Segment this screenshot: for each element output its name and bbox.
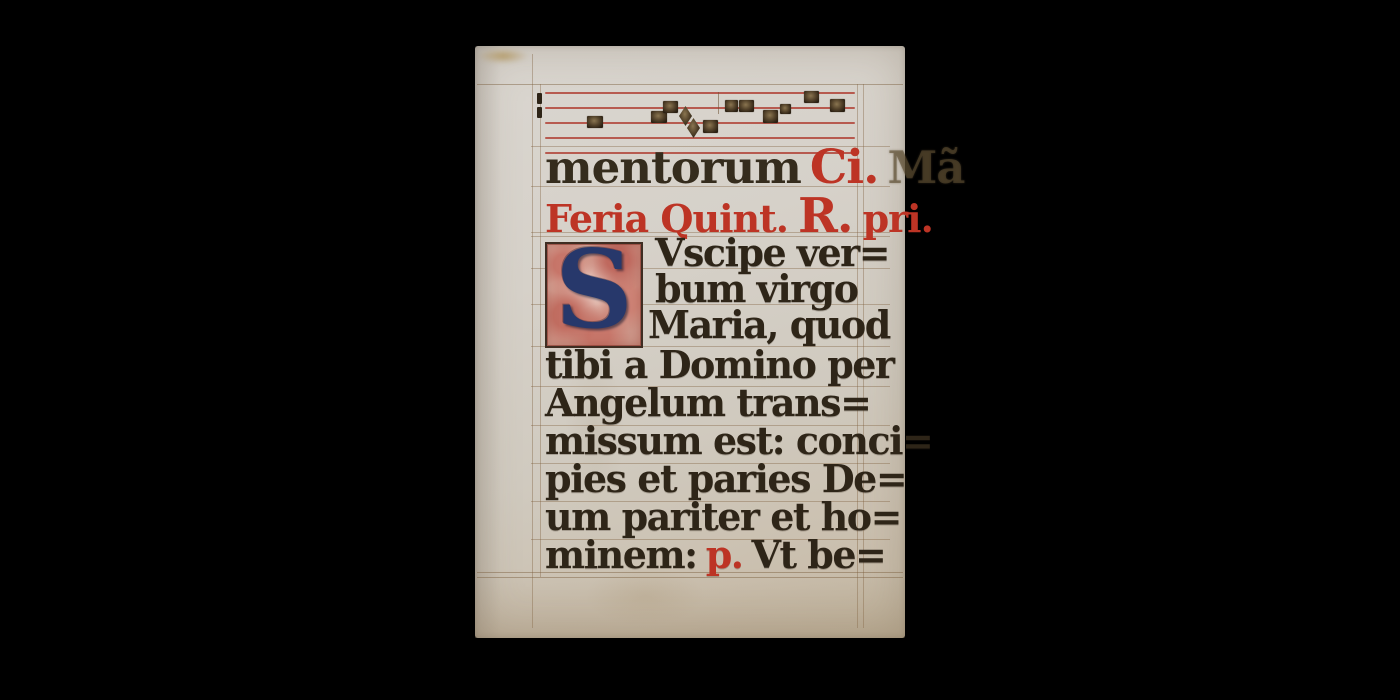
word-mentorum: mentorum bbox=[545, 145, 801, 190]
neume-square bbox=[703, 120, 718, 133]
red-abbreviation: Ci. bbox=[810, 144, 879, 191]
text-line: Angelum trans= bbox=[545, 384, 870, 422]
neume-square bbox=[780, 104, 791, 114]
text-line: tibi a Domino per bbox=[545, 346, 894, 384]
clef-mark bbox=[537, 107, 542, 118]
neume-square bbox=[804, 91, 819, 103]
text-line-continuation: mentorum Ci. Mã bbox=[545, 144, 964, 191]
neume-square bbox=[739, 100, 754, 112]
clef-mark bbox=[537, 93, 542, 104]
neume-square bbox=[725, 100, 738, 112]
text-line-last: minem: p. Vt be= bbox=[545, 536, 885, 574]
staff-divider-bar bbox=[718, 92, 719, 114]
neume-square bbox=[587, 116, 603, 128]
illuminated-initial-panel: S bbox=[545, 242, 643, 348]
neume-square bbox=[763, 110, 778, 123]
text-line: pies et paries De= bbox=[545, 460, 906, 498]
word-vt-be: Vt be= bbox=[752, 536, 886, 574]
through-ruled-line bbox=[477, 572, 903, 573]
repetendum-mark: p. bbox=[706, 536, 743, 574]
neume-square bbox=[663, 101, 678, 113]
initial-letter-s: S bbox=[555, 227, 633, 353]
faded-word: Mã bbox=[887, 145, 964, 190]
parchment-stain bbox=[477, 48, 529, 64]
parchment-stain bbox=[585, 566, 705, 626]
manuscript-leaf: mentorum Ci. Mã Feria Quint. R. pri. S V… bbox=[475, 46, 905, 638]
text-line: Maria, quod bbox=[648, 306, 890, 344]
neume-square bbox=[830, 99, 845, 112]
staff-line bbox=[545, 107, 855, 109]
through-ruled-line bbox=[477, 577, 903, 578]
justification-line bbox=[532, 54, 533, 628]
photo-backdrop: mentorum Ci. Mã Feria Quint. R. pri. S V… bbox=[0, 0, 1400, 700]
word-minem: minem: bbox=[545, 536, 697, 574]
justification-line bbox=[540, 84, 541, 577]
text-line: um pariter et ho= bbox=[545, 498, 901, 536]
text-line: missum est: conci= bbox=[545, 422, 932, 460]
staff-line bbox=[545, 137, 855, 139]
neume-diamond bbox=[687, 118, 700, 138]
